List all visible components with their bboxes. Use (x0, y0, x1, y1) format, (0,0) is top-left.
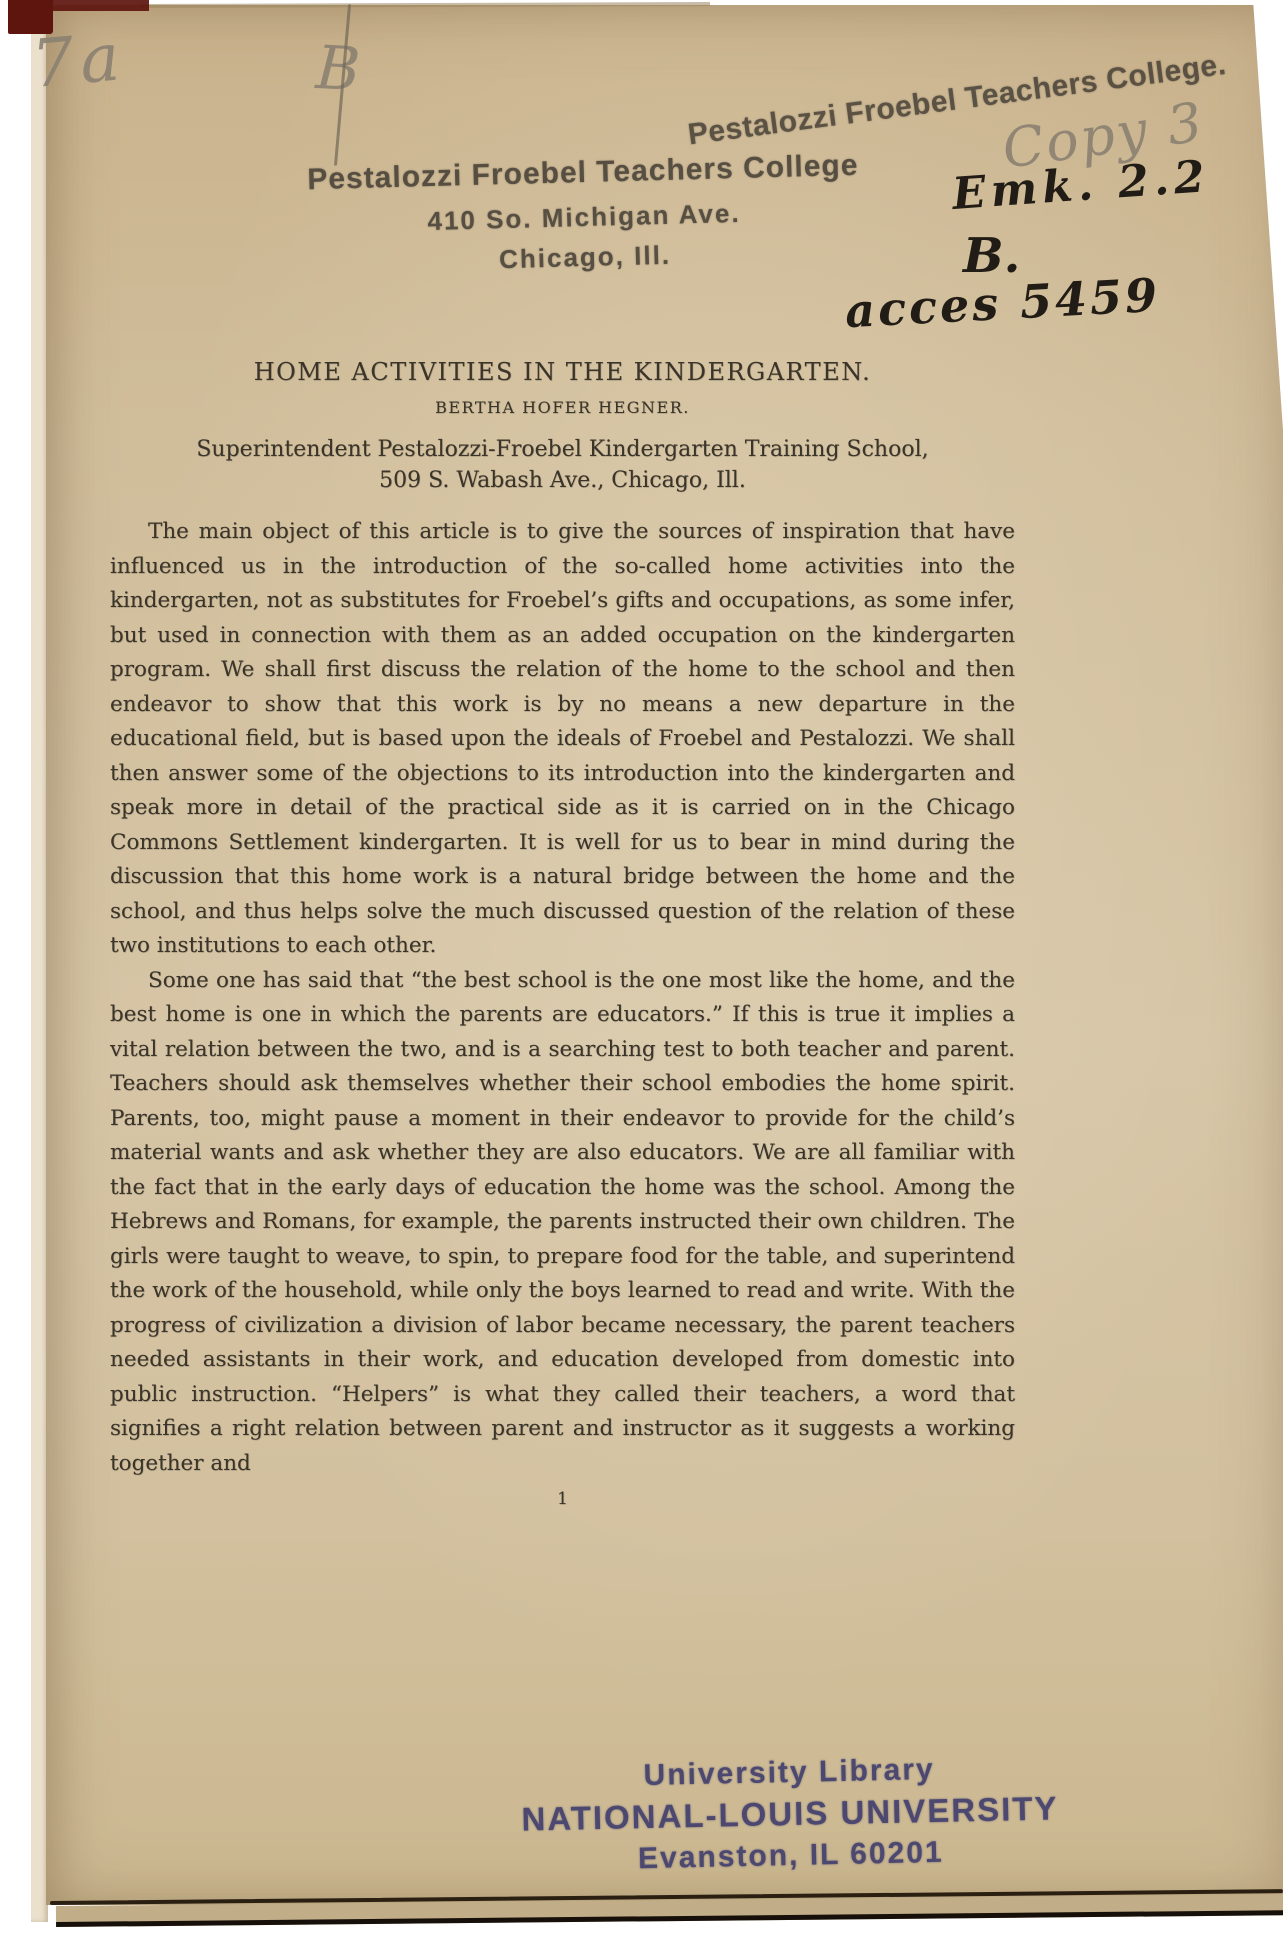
library-stamp: University Library NATIONAL-LOUIS UNIVER… (487, 1750, 1093, 1880)
pencil-annotation-7a: 7a (29, 18, 129, 103)
binding-mark-small (53, 0, 149, 11)
pencil-annotation-b: B (314, 33, 362, 105)
article-paragraph-1: The main object of this article is to gi… (110, 515, 1015, 964)
library-stamp-line2: NATIONAL-LOUIS UNIVERSITY (488, 1789, 1093, 1840)
article-author: BERTHA HOFER HEGNER. (110, 398, 1015, 417)
scanned-document-page: 7a B Pestalozzi Froebel Teachers College… (0, 0, 1283, 1950)
article-byline-2: 509 S. Wabash Ave., Chicago, Ill. (110, 468, 1015, 493)
page-number: 1 (110, 1489, 1015, 1509)
article-paragraph-2: Some one has said that “the best school … (110, 964, 1015, 1482)
college-address-stamp: Pestalozzi Froebel Teachers College 410 … (287, 148, 882, 280)
article-byline-1: Superintendent Pestalozzi-Froebel Kinder… (110, 437, 1015, 462)
article-column: HOME ACTIVITIES IN THE KINDERGARTEN. BER… (110, 358, 1015, 1509)
article-title: HOME ACTIVITIES IN THE KINDERGARTEN. (110, 358, 1015, 386)
article-body: The main object of this article is to gi… (110, 515, 1015, 1481)
college-address-stamp-line2: 410 So. Michigan Ave. (288, 194, 881, 240)
